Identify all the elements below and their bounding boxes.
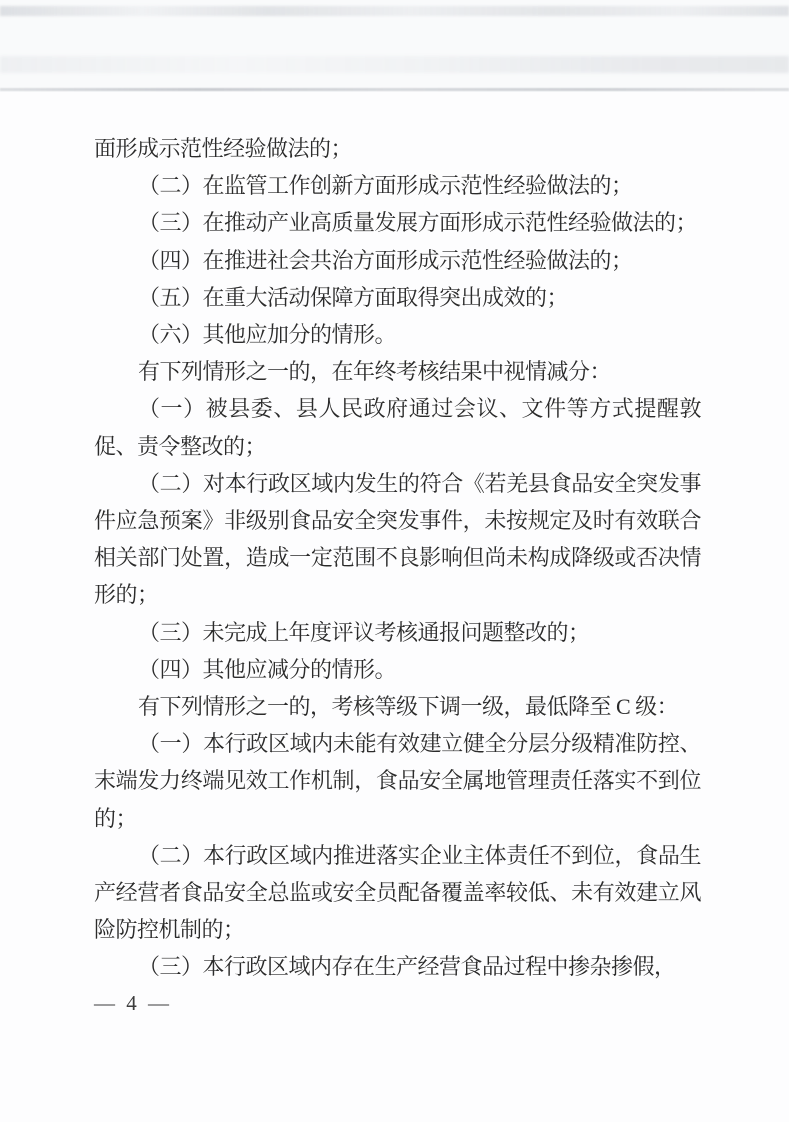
paragraph: （六）其他应加分的情形。 xyxy=(94,316,701,353)
paragraph: （四）其他应减分的情形。 xyxy=(94,651,701,688)
paragraph: 有下列情形之一的，考核等级下调一级，最低降至 C 级： xyxy=(94,688,701,725)
page-number: — 4 — xyxy=(94,991,172,1016)
paragraph: 有下列情形之一的，在年终考核结果中视情减分： xyxy=(94,353,701,390)
scan-noise-band-top xyxy=(0,6,789,16)
paragraph: （一）被县委、县人民政府通过会议、文件等方式提醒敦促、责令整改的； xyxy=(94,390,701,464)
paragraph: （二）对本行政区域内发生的符合《若羌县食品安全突发事件应急预案》非级别食品安全突… xyxy=(94,465,701,614)
document-body: 面形成示范性经验做法的；（二）在监管工作创新方面形成示范性经验做法的；（三）在推… xyxy=(94,130,701,986)
paragraph: （一）本行政区域内未能有效建立健全分层分级精准防控、末端发力终端见效工作机制，食… xyxy=(94,725,701,837)
paragraph: （二）在监管工作创新方面形成示范性经验做法的； xyxy=(94,167,701,204)
paragraph: 面形成示范性经验做法的； xyxy=(94,130,701,167)
scan-noise-band-middle xyxy=(0,56,789,73)
paragraph: （三）在推动产业高质量发展方面形成示范性经验做法的； xyxy=(94,204,701,241)
paragraph: （三）本行政区域内存在生产经营食品过程中掺杂掺假， xyxy=(94,948,701,985)
paragraph: （三）未完成上年度评议考核通报问题整改的； xyxy=(94,614,701,651)
scanned-document-page: 面形成示范性经验做法的；（二）在监管工作创新方面形成示范性经验做法的；（三）在推… xyxy=(0,0,789,1122)
paragraph: （四）在推进社会共治方面形成示范性经验做法的； xyxy=(94,242,701,279)
paragraph: （二）本行政区域内推进落实企业主体责任不到位，食品生产经营者食品安全总监或安全员… xyxy=(94,837,701,949)
scan-noise-line xyxy=(0,88,789,91)
paragraph: （五）在重大活动保障方面取得突出成效的； xyxy=(94,279,701,316)
